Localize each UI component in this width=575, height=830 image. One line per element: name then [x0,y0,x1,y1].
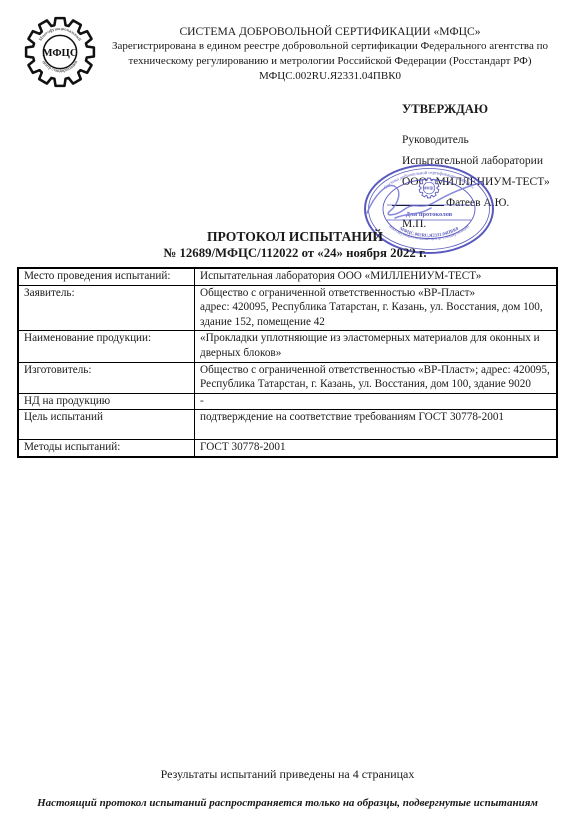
samples-disclaimer: Настоящий протокол испытаний распростран… [0,797,575,809]
signature-row: Фатеев А.Ю. [402,193,572,214]
document-title: ПРОТОКОЛ ИСПЫТАНИЙ [20,228,570,245]
logo-center-text: МФЦС [42,47,77,59]
org-system-name: СИСТЕМА ДОБРОВОЛЬНОЙ СЕРТИФИКАЦИИ «МФЦС» [100,24,560,39]
table-row: Цель испытаний подтверждение на соответс… [18,410,557,440]
row-value: подтверждение на соответствие требования… [195,410,558,440]
row-value: «Прокладки уплотняющие из эластомерных м… [195,331,558,362]
table-row: НД на продукцию - [18,393,557,410]
row-value-text: ГОСТ 30778-2001 [200,440,552,455]
row-value: Общество с ограниченной ответственностью… [195,362,558,393]
table-row: Заявитель: Общество с ограниченной ответ… [18,285,557,331]
row-label: Место проведения испытаний: [18,268,195,285]
approval-block: УТВЕРЖДАЮ Руководитель Испытательной лаб… [402,102,572,235]
row-value-text: подтверждение на соответствие требования… [200,410,552,425]
row-value: Испытательная лаборатория ООО «МИЛЛЕНИУМ… [195,268,558,285]
protocol-document-page: Многофункциональный центр стандартизации… [0,0,575,830]
table-row: Наименование продукции: «Прокладки уплот… [18,331,557,362]
approval-lab-line: Испытательной лаборатории [402,151,572,172]
approval-position: Руководитель [402,130,572,151]
signature-line [392,195,444,206]
row-label: Методы испытаний: [18,440,195,457]
row-label: Изготовитель: [18,362,195,393]
row-value-text: Испытательная лаборатория ООО «МИЛЛЕНИУМ… [200,269,552,284]
row-label: Цель испытаний [18,410,195,440]
document-number-date: № 12689/МФЦС/112022 от «24» ноября 2022 … [20,245,570,262]
row-label: Заявитель: [18,285,195,331]
org-registration-line1: Зарегистрирована в едином реестре добров… [100,39,560,54]
table-row: Изготовитель: Общество с ограниченной от… [18,362,557,393]
row-value-text: «Прокладки уплотняющие из эластомерных м… [200,331,552,360]
org-registration-line2: техническому регулированию и метрологии … [100,54,560,69]
row-value: ГОСТ 30778-2001 [195,440,558,457]
row-value-text2: адрес: 420095, Республика Татарстан, г. … [200,300,552,329]
row-value: Общество с ограниченной ответственностью… [195,285,558,331]
row-label: НД на продукцию [18,393,195,410]
table-row: Методы испытаний: ГОСТ 30778-2001 [18,440,557,457]
approval-company: ООО «МИЛЛЕНИУМ-ТЕСТ» [402,172,572,193]
results-pages-note: Результаты испытаний приведены на 4 стра… [0,767,575,782]
signer-name: Фатеев А.Ю. [446,197,509,209]
row-value-text: - [200,394,552,409]
approval-title: УТВЕРЖДАЮ [402,102,572,117]
row-value-text: Общество с ограниченной ответственностью… [200,286,552,301]
row-value-text: Общество с ограниченной ответственностью… [200,363,552,392]
row-label: Наименование продукции: [18,331,195,362]
row-value: - [195,393,558,410]
org-registry-code: МФЦС.002RU.Я2331.04ПВК0 [100,69,560,84]
mfcs-gear-logo: Многофункциональный центр стандартизации… [16,10,104,94]
table-row: Место проведения испытаний: Испытательна… [18,268,557,285]
header-org-block: СИСТЕМА ДОБРОВОЛЬНОЙ СЕРТИФИКАЦИИ «МФЦС»… [100,24,560,84]
protocol-info-table: Место проведения испытаний: Испытательна… [17,267,558,458]
